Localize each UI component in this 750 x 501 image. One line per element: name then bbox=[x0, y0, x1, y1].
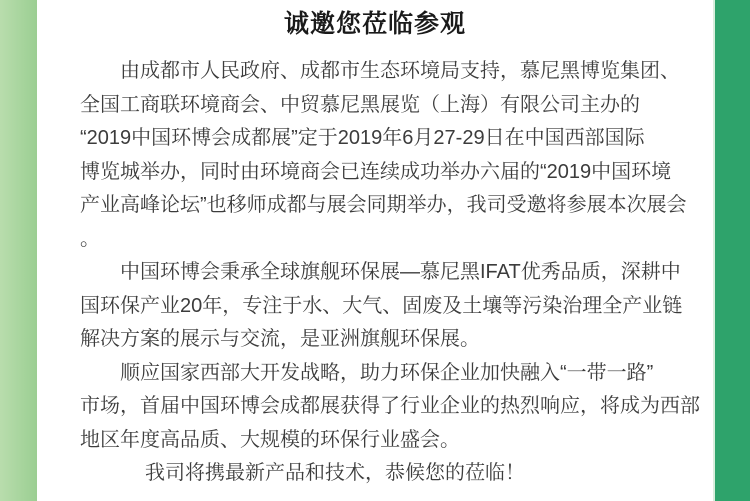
body-line: 我司将携最新产品和技术，恭候您的莅临！ bbox=[80, 457, 707, 491]
body-line: 产业高峰论坛”也移师成都与展会同期举办，我司受邀将参展本次展会 bbox=[80, 189, 707, 223]
body-line: 解决方案的展示与交流，是亚洲旗舰环保展。 bbox=[80, 323, 707, 357]
right-decor-strip bbox=[713, 0, 750, 501]
body-line: 地区年度高品质、大规模的环保行业盛会。 bbox=[80, 424, 707, 458]
body-line: 博览城举办，同时由环境商会已连续成功举办六届的“2019中国环境 bbox=[80, 156, 707, 190]
body-line: 顺应国家西部大开发战略，助力环保企业加快融入“一带一路” bbox=[80, 357, 707, 391]
invitation-page: 诚邀您莅临参观 由成都市人民政府、成都市生态环境局支持，慕尼黑博览集团、 全国工… bbox=[0, 0, 750, 501]
invitation-content: 诚邀您莅临参观 由成都市人民政府、成都市生态环境局支持，慕尼黑博览集团、 全国工… bbox=[37, 0, 713, 501]
body-line: 由成都市人民政府、成都市生态环境局支持，慕尼黑博览集团、 bbox=[80, 55, 707, 89]
body-line: 市场，首届中国环博会成都展获得了行业企业的热烈响应，将成为西部 bbox=[80, 390, 707, 424]
body-line: 。 bbox=[80, 223, 707, 257]
page-title: 诚邀您莅临参观 bbox=[37, 0, 713, 39]
body-line: 国环保产业20年，专注于水、大气、固废及土壤等污染治理全产业链 bbox=[80, 290, 707, 324]
invitation-body: 由成都市人民政府、成都市生态环境局支持，慕尼黑博览集团、 全国工商联环境商会、中… bbox=[37, 55, 713, 491]
body-line: “2019中国环博会成都展”定于2019年6月27-29日在中国西部国际 bbox=[80, 122, 707, 156]
body-line: 全国工商联环境商会、中贸慕尼黑展览（上海）有限公司主办的 bbox=[80, 89, 707, 123]
body-line: 中国环博会秉承全球旗舰环保展—慕尼黑IFAT优秀品质，深耕中 bbox=[80, 256, 707, 290]
left-decor-strip bbox=[0, 0, 37, 501]
